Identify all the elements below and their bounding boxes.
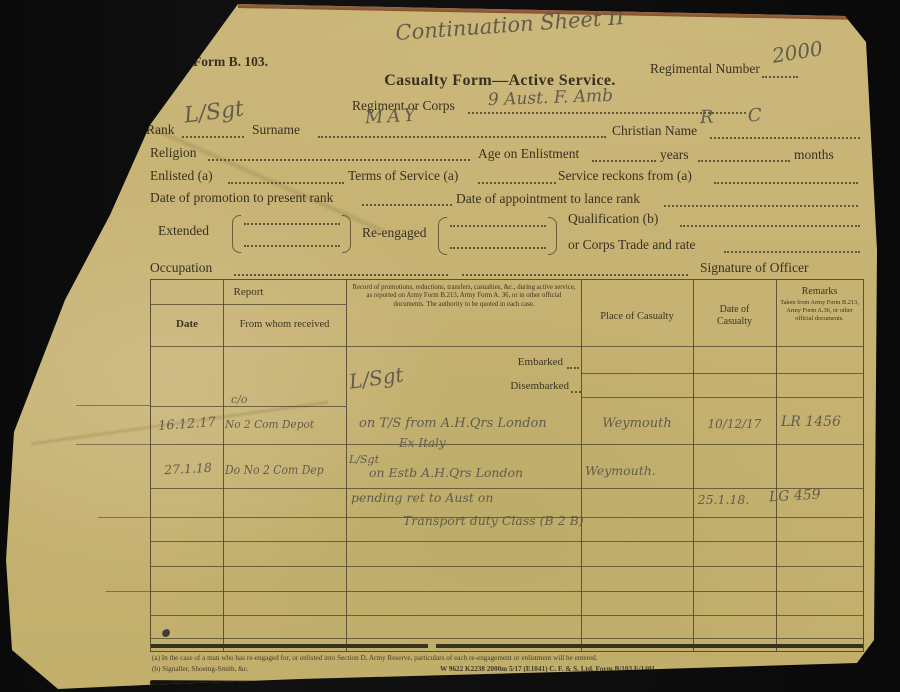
dotted-line: [244, 244, 340, 247]
paper-crease: [35, 73, 385, 235]
dotted-line: [244, 222, 340, 225]
header-date: Date: [151, 318, 223, 332]
row1-date: 16.12.17: [153, 416, 222, 434]
row2-casualty-date: 25.1.18.: [686, 493, 761, 506]
row1-rank-note: L/Sgt: [348, 364, 405, 392]
row1-from-note: c/o: [231, 394, 248, 406]
lance-rank-label: Date of appointment to lance rank: [456, 192, 640, 207]
ruled-line-stub: [76, 444, 150, 445]
header-from-whom: From whom received: [223, 318, 346, 331]
extended-label: Extended: [158, 224, 209, 239]
footnote-a: (a) In the case of a man who has re-enga…: [152, 654, 852, 663]
rank-label: Rank: [146, 123, 175, 138]
footnote-b: (b) Signaller, Shoeing-Smith, &c.: [152, 665, 249, 674]
dotted-line: [664, 204, 858, 207]
row1-record: on T/S from A.H.Qrs London: [359, 417, 547, 431]
row2-record-line2: pending ret to Aust on: [351, 491, 493, 504]
dotted-line: [318, 135, 606, 138]
dotted-line: [762, 75, 798, 78]
header-date-of-casualty-2: Casualty: [693, 316, 776, 329]
header-record: Record of promotions, reductions, transf…: [351, 284, 577, 309]
row2-date: 27.1.18: [155, 460, 222, 477]
dotted-line: [724, 250, 860, 253]
row-line: [151, 615, 863, 616]
header-remarks-sub: Taken from Army Form B.213, Army Form A.…: [780, 299, 859, 323]
brace-right: [342, 215, 351, 253]
row2-record: on Estb A.H.Qrs London: [369, 466, 523, 479]
column-divider: [776, 280, 777, 651]
row2-record-line3: Transport duty Class (B 2 B): [403, 514, 584, 527]
row1-casualty-date: 10/12/17: [695, 418, 774, 431]
dotted-line: [567, 366, 579, 369]
column-divider: [693, 280, 694, 651]
occupation-label: Occupation: [150, 261, 212, 276]
header-date-of-casualty-1: Date of: [693, 304, 776, 317]
enlisted-label: Enlisted (a): [150, 169, 213, 184]
form-number: Form B. 103.: [193, 55, 268, 70]
promotion-label: Date of promotion to present rank: [150, 191, 333, 206]
row1-from-whom: No 2 Com Depot: [225, 418, 314, 430]
row-line: [151, 638, 863, 639]
embarked-label: Embarked: [451, 356, 563, 370]
months-label: months: [794, 148, 834, 163]
bottom-edge-shadow: [150, 680, 418, 687]
dotted-line: [592, 159, 656, 162]
dotted-line: [714, 181, 858, 184]
terms-of-service-label: Terms of Service (a): [348, 169, 458, 184]
dotted-line: [478, 181, 556, 184]
dotted-line: [698, 159, 790, 162]
form-title: Casualty Form—Active Service.: [320, 72, 680, 90]
header-place-of-casualty: Place of Casualty: [581, 310, 693, 323]
regimental-number-value: 2000: [771, 38, 825, 67]
ruled-line-stub: [98, 517, 150, 518]
table-bottom-border: [151, 644, 428, 648]
row2-rank-note: L/Sgt: [349, 454, 379, 466]
service-reckons-label: Service reckons from (a): [558, 169, 692, 184]
row-line: [581, 397, 863, 398]
row-line: [151, 591, 863, 592]
row1-remarks: LR 1456: [781, 415, 841, 430]
qualification-label: Qualification (b): [568, 212, 658, 227]
brace-left: [232, 215, 241, 253]
pto-label: P.T.O.: [845, 662, 869, 673]
row-line: [151, 566, 863, 567]
row1-record-line2: Ex Italy: [399, 437, 446, 450]
row-line: [581, 373, 863, 374]
dotted-line: [571, 390, 581, 393]
dotted-line: [234, 273, 448, 276]
dotted-line: [462, 273, 688, 276]
corps-trade-label: or Corps Trade and rate: [568, 238, 695, 253]
dotted-line: [208, 158, 470, 161]
header-report: Report: [151, 286, 346, 300]
row-line: [151, 488, 863, 489]
disembarked-label: Disembarked: [451, 380, 569, 394]
row-line: [151, 444, 863, 445]
age-on-enlistment-label: Age on Enlistment: [478, 147, 579, 162]
row2-from-whom: Do No 2 Com Dep: [225, 464, 324, 477]
document-paper: Continuation Sheet II Form B. 103. Regim…: [0, 0, 900, 692]
dotted-line: [450, 246, 546, 249]
row2-remarks: LG 459: [769, 488, 821, 505]
signature-of-officer-label: Signature of Officer: [700, 261, 808, 276]
brace-right: [548, 217, 557, 255]
report-divider: [151, 304, 346, 305]
header-remarks: Remarks: [776, 286, 863, 299]
years-label: years: [660, 148, 688, 163]
religion-label: Religion: [150, 146, 197, 161]
casualty-table: Report Date From whom received Record of…: [150, 279, 864, 652]
dotted-line: [228, 181, 344, 184]
scan-background: Continuation Sheet II Form B. 103. Regim…: [0, 0, 900, 692]
dotted-line: [450, 224, 546, 227]
surname-label: Surname: [252, 123, 300, 138]
dotted-line: [362, 203, 452, 206]
printer-imprint: W 9622 K2238 2000m 5/17 (E1041) C. F. & …: [440, 665, 830, 674]
rank-value: L/Sgt: [183, 97, 245, 127]
column-divider: [346, 280, 347, 651]
dotted-line: [710, 136, 860, 139]
ruled-line-stub: [76, 405, 150, 406]
brace-left: [438, 217, 447, 255]
re-engaged-label: Re-engaged: [362, 226, 426, 241]
column-divider: [581, 280, 582, 651]
row-line: [151, 406, 346, 407]
dotted-line: [680, 224, 860, 227]
regiment-or-corps-value: 9 Aust. F. Amb: [488, 88, 614, 110]
bottom-edge-shadow: [430, 677, 730, 684]
christian-name-label: Christian Name: [612, 124, 697, 139]
header-bottom-line: [151, 346, 863, 347]
punch-hole: [161, 628, 170, 637]
table-bottom-border: [436, 644, 863, 648]
dotted-line: [182, 135, 244, 138]
column-divider: [223, 280, 224, 651]
surname-value: MAY: [365, 107, 421, 129]
christian-name-value: R C: [700, 107, 762, 128]
row-line: [151, 541, 863, 542]
row2-place: Weymouth.: [585, 464, 689, 477]
row1-place: Weymouth: [585, 417, 689, 431]
ruled-line-stub: [106, 591, 150, 592]
